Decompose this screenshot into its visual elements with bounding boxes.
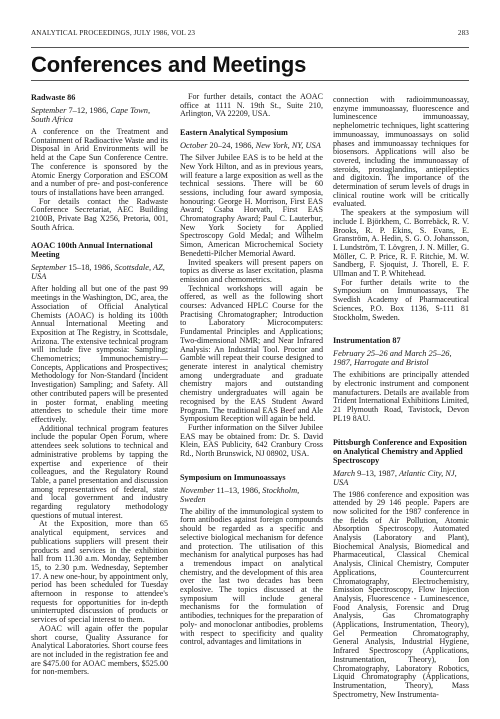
section-radwaste: Radwaste 86 September 7–12, 1986, Cape T… — [31, 93, 168, 232]
section-date-place: March 9–13, 1987, Atlantic City, NJ, USA — [333, 469, 469, 487]
section-instrumentation: Instrumentation 87 February 25–26 and Ma… — [333, 336, 469, 423]
paragraph: A conference on the Treatment and Contai… — [31, 128, 168, 198]
paragraph: At the Exposition, more than 65 analytic… — [31, 520, 168, 624]
date: 9–13, 1987, — [355, 469, 399, 478]
page-title: Conferences and Meetings — [31, 52, 306, 78]
section-date-place: November 11–13, 1986, Stockholm, Sweden — [180, 486, 323, 504]
column-right: connection with radioimmunoassay, enzyme… — [333, 96, 469, 708]
date-month: November — [180, 486, 214, 495]
section-heading: Radwaste 86 — [31, 93, 168, 102]
place: New York, NY, USA — [256, 141, 321, 150]
section-aoac-continued: For further details, contact the AOAC of… — [180, 93, 323, 119]
place: Harrogate and Bristol — [354, 358, 429, 367]
paragraph: AOAC will again offer the popular short … — [31, 625, 168, 677]
date-month: March — [333, 469, 355, 478]
paragraph: Technical workshops will again be offere… — [180, 285, 323, 424]
page-number: 283 — [458, 29, 469, 37]
section-heading: Instrumentation 87 — [333, 336, 469, 345]
column-left: Radwaste 86 September 7–12, 1986, Cape T… — [31, 93, 168, 686]
date-month: October — [180, 141, 207, 150]
title-rule — [31, 80, 469, 81]
section-eas: Eastern Analytical Symposium October 20–… — [180, 128, 323, 459]
paragraph: The exhibitions are principally attended… — [333, 371, 469, 423]
section-heading: Symposium on Immunoassays — [180, 473, 323, 482]
paragraph: The speakers at the symposium will inclu… — [333, 209, 469, 279]
section-heading: Eastern Analytical Symposium — [180, 128, 323, 137]
date: 20–24, 1986, — [207, 141, 255, 150]
paragraph: The Silver Jubilee EAS is to be held at … — [180, 154, 323, 258]
paragraph: For further details write to the Symposi… — [333, 279, 469, 323]
section-date-place: September 7–12, 1986, Cape Town, South A… — [31, 106, 168, 124]
date-month: September — [31, 263, 66, 272]
section-heading: AOAC 100th Annual International Meeting — [31, 241, 168, 259]
paragraph: For details contact the Radwaste Confere… — [31, 198, 168, 233]
section-pittcon: Pittsburgh Conference and Exposition on … — [333, 438, 469, 700]
section-date-place: February 25–26 and March 25–26, 1987, Ha… — [333, 349, 469, 367]
date: 7–12, 1986, — [66, 106, 110, 115]
header-rule — [31, 47, 469, 48]
column-middle: For further details, contact the AOAC of… — [180, 93, 323, 656]
paragraph: After holding all but one of the past 99… — [31, 285, 168, 424]
paragraph: connection with radioimmunoassay, enzyme… — [333, 96, 469, 209]
date: 11–13, 1986, — [214, 486, 262, 495]
date-a: February 25–26 — [333, 349, 390, 358]
section-heading: Pittsburgh Conference and Exposition on … — [333, 438, 469, 465]
paragraph: The ability of the immunological system … — [180, 508, 323, 647]
section-immunoassays-continued: connection with radioimmunoassay, enzyme… — [333, 96, 469, 322]
paragraph: Further information on the Silver Jubile… — [180, 424, 323, 459]
paragraph: Additional technical program features in… — [31, 425, 168, 521]
paragraph: Invited speakers will present papers on … — [180, 259, 323, 285]
section-immunoassays: Symposium on Immunoassays November 11–13… — [180, 473, 323, 647]
date: 15–18, 1986, — [66, 263, 114, 272]
date-month: September — [31, 106, 66, 115]
journal-citation: ANALYTICAL PROCEEDINGS, JULY 1986, VOL 2… — [31, 29, 195, 37]
section-date-place: September 15–18, 1986, Scottsdale, AZ, U… — [31, 263, 168, 281]
running-head: ANALYTICAL PROCEEDINGS, JULY 1986, VOL 2… — [31, 29, 469, 37]
paragraph: The 1986 conference and exposition was a… — [333, 491, 469, 700]
paragraph: For further details, contact the AOAC of… — [180, 93, 323, 119]
date-and: and — [390, 349, 403, 358]
section-date-place: October 20–24, 1986, New York, NY, USA — [180, 141, 323, 150]
section-aoac: AOAC 100th Annual International Meeting … — [31, 241, 168, 677]
